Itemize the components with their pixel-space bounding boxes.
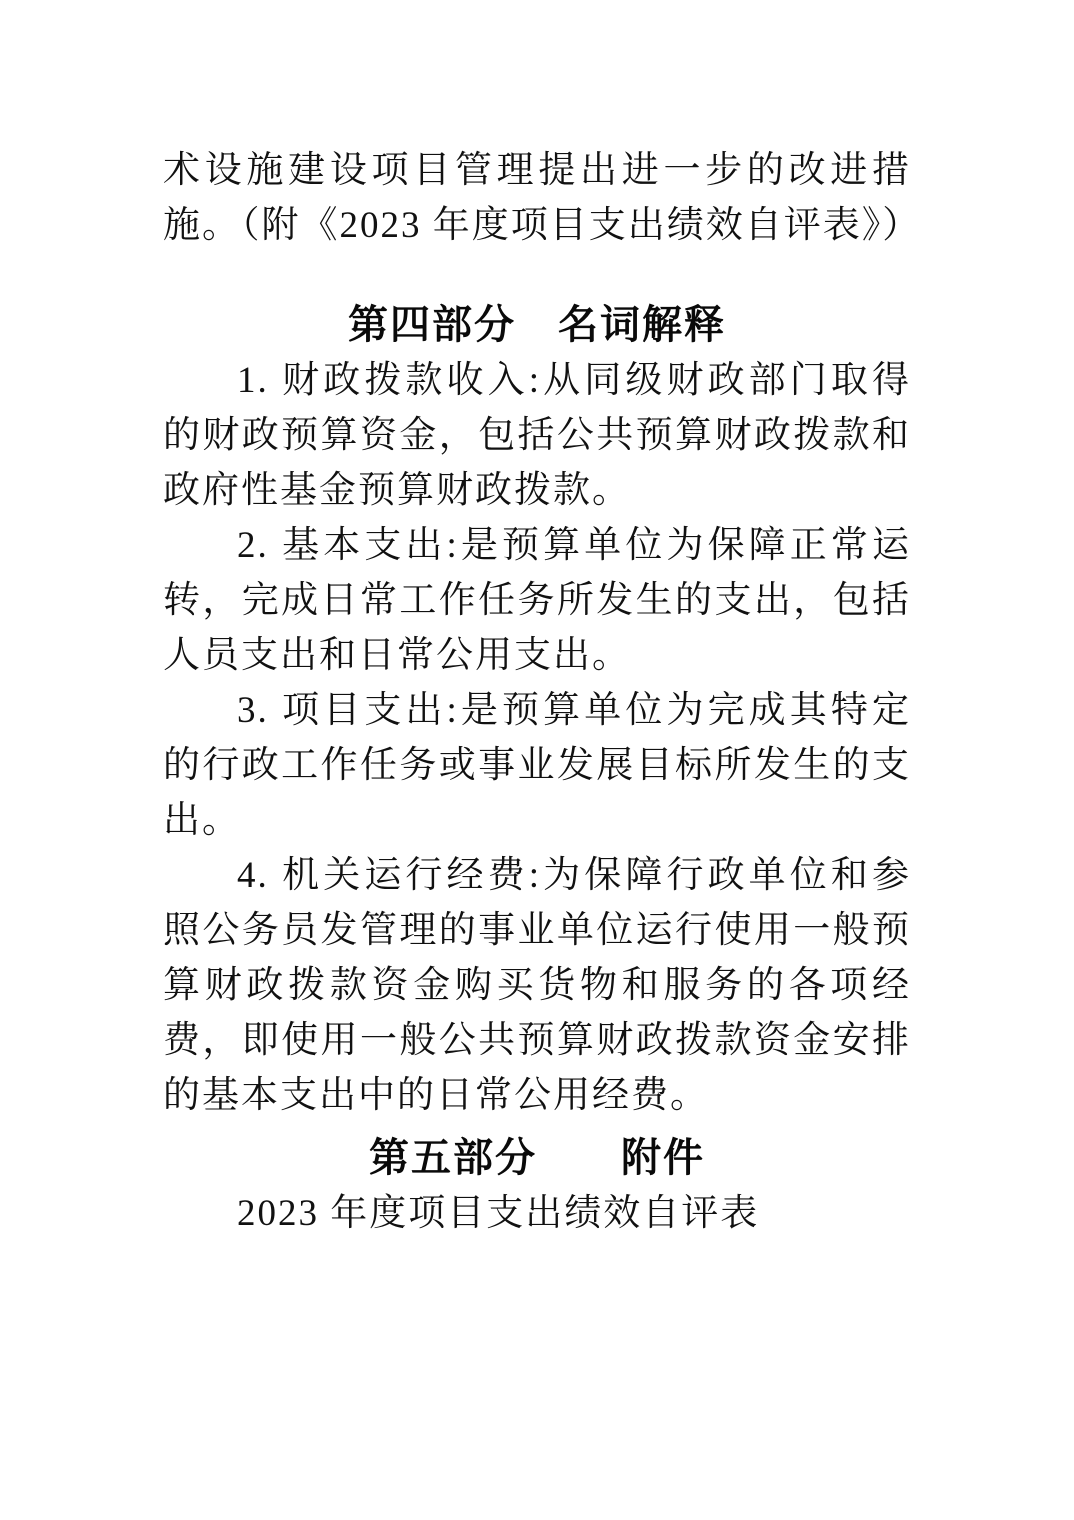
page-content: 术设施建设项目管理提出进一步的改进措施。（附《2023 年度项目支出绩效自评表》… [163, 143, 911, 1241]
document-page: 术设施建设项目管理提出进一步的改进措施。（附《2023 年度项目支出绩效自评表》… [0, 0, 1074, 1520]
intro-paragraph: 术设施建设项目管理提出进一步的改进措施。（附《2023 年度项目支出绩效自评表》… [163, 143, 911, 253]
section4-heading: 第四部分 名词解释 [163, 298, 911, 353]
definition-basic-expenditure: 2. 基本支出:是预算单位为保障正常运转，完成日常工作任务所发生的支出，包括人员… [163, 518, 911, 683]
section5-heading: 第五部分 附件 [163, 1131, 911, 1186]
definition-agency-operating-funds: 4. 机关运行经费:为保障行政单位和参照公务员发管理的事业单位运行使用一般预算财… [163, 848, 911, 1123]
definition-fiscal-appropriation-income: 1. 财政拨款收入:从同级财政部门取得的财政预算资金，包括公共预算财政拨款和政府… [163, 353, 911, 518]
attachment-title: 2023 年度项目支出绩效自评表 [163, 1186, 911, 1241]
definition-project-expenditure: 3. 项目支出:是预算单位为完成其特定的行政工作任务或事业发展目标所发生的支出。 [163, 683, 911, 848]
